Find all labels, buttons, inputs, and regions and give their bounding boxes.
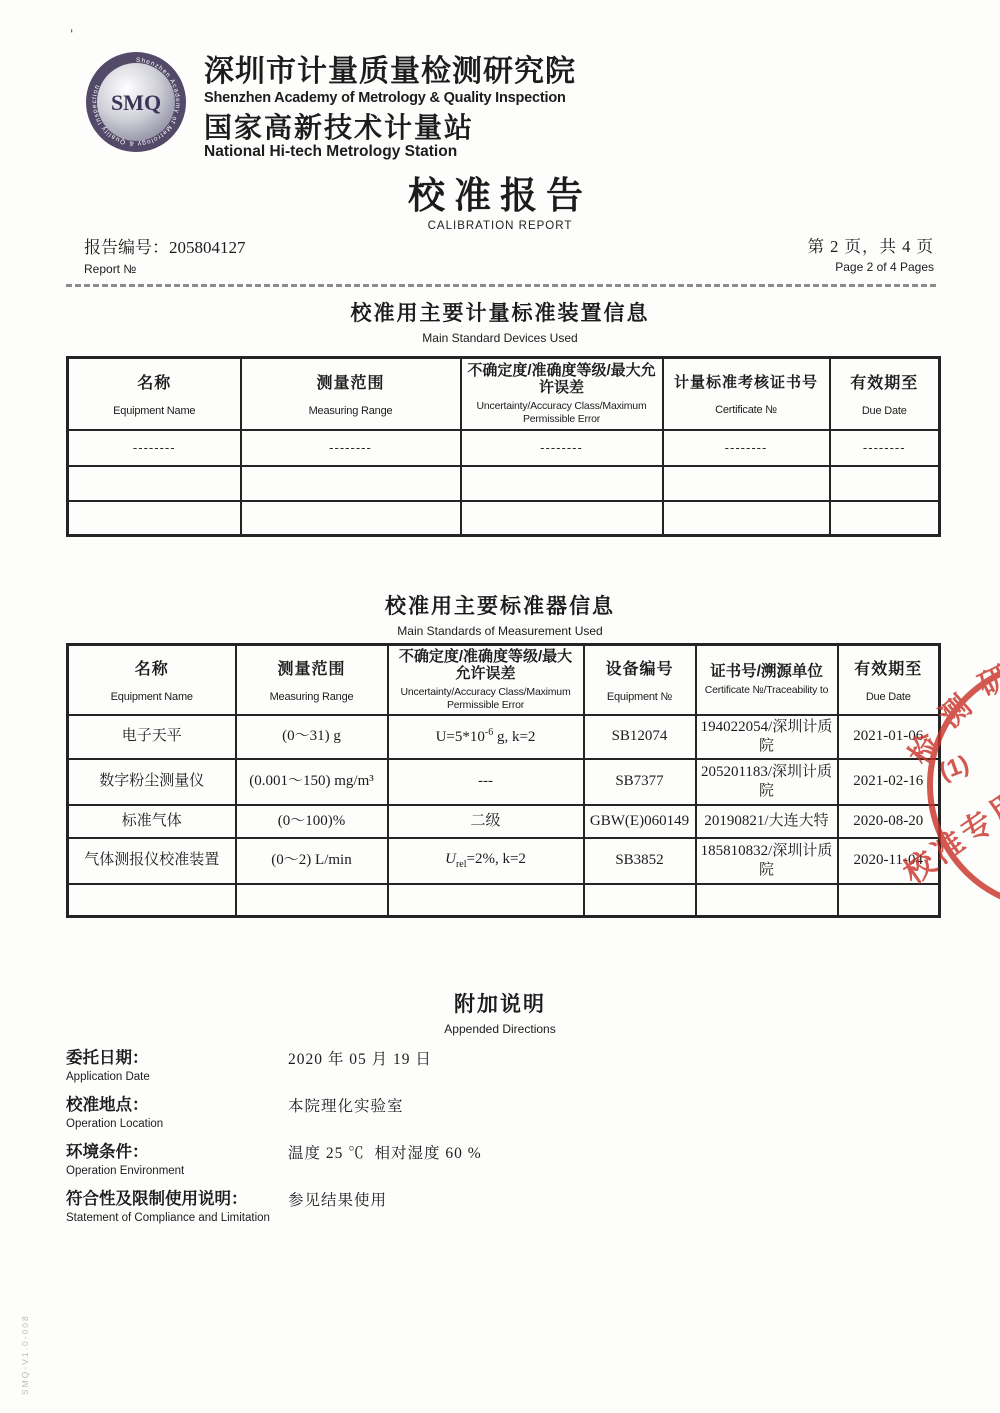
stamp-ring-char: 研 (974, 660, 1000, 703)
cell-name: 气体测报仪校准装置 (68, 838, 236, 884)
t1-header-certificate: 计量标准考核证书号 Certificate № (663, 358, 830, 430)
page-number-block: 第 2 页，共 4 页 Page 2 of 4 Pages (808, 233, 937, 276)
operation-environment-item: 环境条件： Operation Environment 温度 25 ℃ 相对湿度… (66, 1138, 886, 1177)
station-name-en: National Hi-tech Metrology Station (204, 143, 576, 161)
placeholder-cell: -------- (461, 430, 663, 466)
t1-header-due: 有效期至 Due Date (830, 358, 940, 430)
report-number-block: 报告编号：205804127 Report № (84, 233, 246, 276)
report-number-label-en: Report № (84, 262, 246, 276)
report-number-line: 报告编号：205804127 (84, 233, 246, 258)
compliance-statement-label-cn: 符合性及限制使用说明： (66, 1185, 288, 1209)
section2-title-en: Main Standards of Measurement Used (0, 624, 1000, 638)
empty-cell (663, 466, 830, 501)
table1-placeholder-row: -------- -------- -------- -------- ----… (68, 430, 940, 466)
operation-location-label-en: Operation Location (66, 1118, 288, 1130)
cell-certificate: 185810832/深圳计质院 (696, 838, 838, 884)
empty-cell (68, 501, 241, 536)
letterhead: Shenzhen Academy of Metrology & Quality … (84, 48, 576, 161)
t2-header-certificate: 证书号/溯源单位 Certificate №/Traceability to (696, 645, 838, 715)
page-number-cn: 第 2 页，共 4 页 (808, 233, 935, 257)
cell-range: (0～100)% (236, 805, 388, 838)
empty-cell (830, 501, 940, 536)
page-number-en: Page 2 of 4 Pages (808, 260, 935, 274)
empty-cell (663, 501, 830, 536)
cell-uncertainty: 二级 (388, 805, 584, 838)
appended-title: 附加说明 Appended Directions (0, 988, 1000, 1036)
empty-cell (696, 884, 838, 917)
operation-location-label-cn: 校准地点： (66, 1091, 288, 1115)
table1-empty-row (68, 501, 940, 536)
table2-row-dust-meter: 数字粉尘测量仪 (0.001～150) mg/m³ --- SB7377 205… (68, 759, 940, 805)
table2-row-gas-alarm-calibrator: 气体测报仪校准装置 (0～2) L/min Urel=2%, k=2 SB385… (68, 838, 940, 884)
empty-cell (68, 884, 236, 917)
calibration-stamp: 检 测 研 (1) 校准专用 (903, 645, 1000, 945)
report-number-label: 报告编号： (84, 238, 169, 257)
logo-text: SMQ (111, 90, 161, 115)
cell-uncertainty: Urel=2%, k=2 (388, 838, 584, 884)
org-name-en: Shenzhen Academy of Metrology & Quality … (204, 90, 576, 106)
table2-row-balance: 电子天平 (0～31) g U=5*10-6 g, k=2 SB12074 19… (68, 715, 940, 759)
t1-header-name: 名称 Equipment Name (68, 358, 241, 430)
operation-environment-label-cn: 环境条件： (66, 1138, 288, 1162)
t1-header-range: 测量范围 Measuring Range (241, 358, 461, 430)
document-title-en: CALIBRATION REPORT (0, 220, 1000, 232)
cell-certificate: 20190821/大连大特 (696, 805, 838, 838)
header-divider (66, 284, 936, 287)
cell-equipment-no: SB3852 (584, 838, 696, 884)
placeholder-cell: -------- (830, 430, 940, 466)
cell-name: 标准气体 (68, 805, 236, 838)
cell-certificate: 205201183/深圳计质院 (696, 759, 838, 805)
report-info-row: 报告编号：205804127 Report № 第 2 页，共 4 页 Page… (84, 233, 936, 276)
cell-equipment-no: GBW(E)060149 (584, 805, 696, 838)
application-date-label-cn: 委托日期： (66, 1044, 288, 1068)
cell-uncertainty: U=5*10-6 g, k=2 (388, 715, 584, 759)
compliance-statement-value: 参见结果使用 (288, 1185, 387, 1224)
cell-certificate: 194022054/深圳计质院 (696, 715, 838, 759)
placeholder-cell: -------- (68, 430, 241, 466)
org-name-cn: 深圳市计量质量检测研究院 (204, 56, 576, 88)
t2-header-range: 测量范围 Measuring Range (236, 645, 388, 715)
empty-cell (830, 466, 940, 501)
document-code: SMQ-V1.0-008 (20, 1305, 30, 1395)
cell-equipment-no: SB7377 (584, 759, 696, 805)
main-standards-measurement-table: 名称 Equipment Name 测量范围 Measuring Range 不… (66, 643, 941, 918)
scan-artifact: ‘ (70, 26, 73, 43)
table2-header-row: 名称 Equipment Name 测量范围 Measuring Range 不… (68, 645, 940, 715)
compliance-statement-item: 符合性及限制使用说明： Statement of Compliance and … (66, 1185, 886, 1224)
empty-cell (241, 466, 461, 501)
org-names: 深圳市计量质量检测研究院 Shenzhen Academy of Metrolo… (204, 48, 576, 161)
operation-location-item: 校准地点： Operation Location 本院理化实验室 (66, 1091, 886, 1130)
station-name-cn: 国家高新技术计量站 (204, 113, 576, 142)
table1-empty-row (68, 466, 940, 501)
application-date-value: 2020 年 05 月 19 日 (288, 1044, 432, 1083)
application-date-label-en: Application Date (66, 1071, 288, 1083)
table1-header-row: 名称 Equipment Name 测量范围 Measuring Range 不… (68, 358, 940, 430)
section1-title: 校准用主要计量标准装置信息 Main Standard Devices Used (0, 297, 1000, 345)
table2-empty-row (68, 884, 940, 917)
document-page: ‘ Shenzhen Academy of Metrology & Qualit… (0, 0, 1000, 1413)
smq-logo: Shenzhen Academy of Metrology & Quality … (84, 50, 188, 154)
document-title: 校准报告 CALIBRATION REPORT (0, 165, 1000, 232)
t1-header-uncertainty: 不确定度/准确度等级/最大允许误差 Uncertainty/Accuracy C… (461, 358, 663, 430)
cell-range: (0～31) g (236, 715, 388, 759)
t2-header-uncertainty: 不确定度/准确度等级/最大允许误差 Uncertainty/Accuracy C… (388, 645, 584, 715)
appended-directions: 委托日期： Application Date 2020 年 05 月 19 日 … (66, 1044, 886, 1232)
operation-environment-value: 温度 25 ℃ 相对湿度 60 % (288, 1138, 482, 1177)
empty-cell (584, 884, 696, 917)
cell-equipment-no: SB12074 (584, 715, 696, 759)
cell-name: 电子天平 (68, 715, 236, 759)
t2-header-name: 名称 Equipment Name (68, 645, 236, 715)
cell-uncertainty: --- (388, 759, 584, 805)
empty-cell (241, 501, 461, 536)
empty-cell (68, 466, 241, 501)
cell-range: (0～2) L/min (236, 838, 388, 884)
report-number-value: 205804127 (169, 238, 246, 257)
compliance-statement-label-en: Statement of Compliance and Limitation (66, 1212, 288, 1224)
section1-title-cn: 校准用主要计量标准装置信息 (0, 297, 1000, 327)
empty-cell (388, 884, 584, 917)
main-standard-devices-table: 名称 Equipment Name 测量范围 Measuring Range 不… (66, 356, 941, 537)
placeholder-cell: -------- (663, 430, 830, 466)
cell-name: 数字粉尘测量仪 (68, 759, 236, 805)
t2-header-equipment-no: 设备编号 Equipment № (584, 645, 696, 715)
empty-cell (461, 501, 663, 536)
table2-row-standard-gas: 标准气体 (0～100)% 二级 GBW(E)060149 20190821/大… (68, 805, 940, 838)
appended-title-cn: 附加说明 (0, 988, 1000, 1018)
section2-title: 校准用主要标准器信息 Main Standards of Measurement… (0, 590, 1000, 638)
section2-title-cn: 校准用主要标准器信息 (0, 590, 1000, 620)
operation-location-value: 本院理化实验室 (288, 1091, 404, 1130)
cell-range: (0.001～150) mg/m³ (236, 759, 388, 805)
placeholder-cell: -------- (241, 430, 461, 466)
operation-environment-label-en: Operation Environment (66, 1165, 288, 1177)
section1-title-en: Main Standard Devices Used (0, 331, 1000, 345)
stamp-center-text: (1) (936, 750, 973, 785)
application-date-item: 委托日期： Application Date 2020 年 05 月 19 日 (66, 1044, 886, 1083)
empty-cell (461, 466, 663, 501)
empty-cell (236, 884, 388, 917)
stamp-label: 校准专用 (903, 782, 1000, 891)
document-title-cn: 校准报告 (0, 165, 1000, 219)
appended-title-en: Appended Directions (0, 1022, 1000, 1036)
